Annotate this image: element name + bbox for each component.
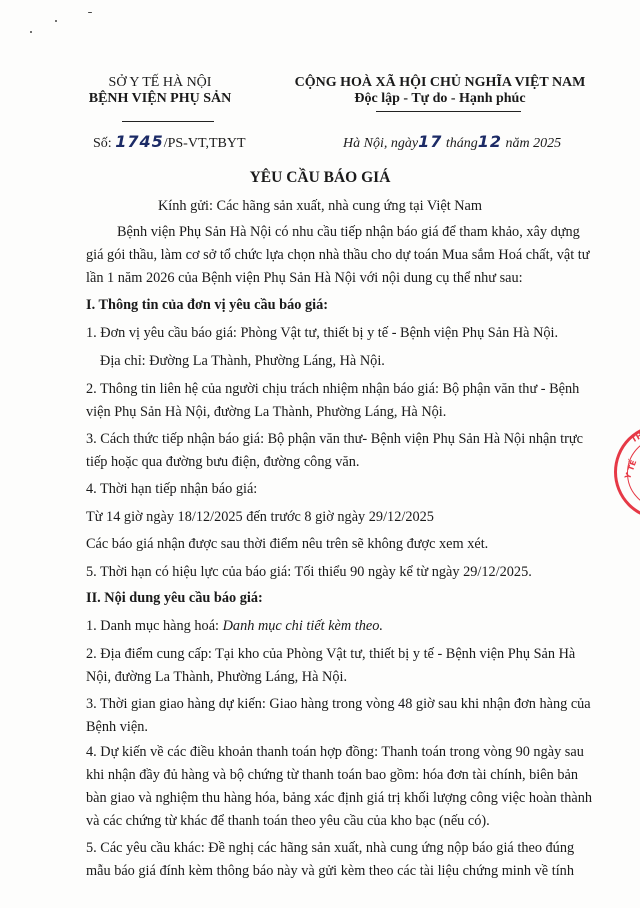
handwritten-month: 12 <box>478 132 502 151</box>
goods-list-reference: Danh mục chi tiết kèm theo. <box>223 618 383 634</box>
motto-underline <box>376 111 521 112</box>
issuer-underline <box>122 121 214 122</box>
section-2-item-3: 3. Thời gian giao hàng dự kiến: Giao hàn… <box>86 695 591 713</box>
section-2-item-4: 4. Dự kiến về các điều khoản thanh toán … <box>86 743 584 761</box>
official-stamp: Y TẾ TH <box>614 424 640 520</box>
section-1-item-5: 5. Thời hạn có hiệu lực của báo giá: Tối… <box>86 563 532 581</box>
handwritten-day: 17 <box>418 132 442 151</box>
section-2-item-5-cont: mẫu báo giá đính kèm thông báo này và gử… <box>86 862 574 880</box>
section-1-item-3: 3. Cách thức tiếp nhận báo giá: Bộ phận … <box>86 430 583 448</box>
section-2-item-3-cont: Bệnh viện. <box>86 718 148 736</box>
section-2-heading: II. Nội dung yêu cầu báo giá: <box>86 589 263 607</box>
stamp-text-top: TH <box>630 431 640 445</box>
scan-speck <box>30 31 32 33</box>
section-1-item-2-cont: viện Phụ Sản Hà Nội, đường La Thành, Phư… <box>86 403 446 421</box>
issuer-hospital: BỆNH VIỆN PHỤ SẢN <box>85 91 235 107</box>
addressee: Kính gửi: Các hãng sản xuất, nhà cung ứn… <box>0 197 640 215</box>
handwritten-number: 1745 <box>115 132 164 151</box>
section-1-item-4-period: Từ 14 giờ ngày 18/12/2025 đến trước 8 gi… <box>86 508 434 526</box>
national-motto: Độc lập - Tự do - Hạnh phúc <box>290 91 590 107</box>
section-1-item-1: 1. Đơn vị yêu cầu báo giá: Phòng Vật tư,… <box>86 324 558 342</box>
section-2-item-4-cont: khi nhận đầy đủ hàng và bộ chứng từ than… <box>86 766 578 784</box>
intro-line: giá gói thầu, làm cơ sở tổ chức lựa chọn… <box>86 246 589 264</box>
section-2-item-1: 1. Danh mục hàng hoá: Danh mục chi tiết … <box>86 617 383 635</box>
document-page: SỞ Y TẾ HÀ NỘI BỆNH VIỆN PHỤ SẢN Số: 174… <box>0 0 640 908</box>
section-1-item-2: 2. Thông tin liên hệ của người chịu trác… <box>86 380 579 398</box>
scan-speck <box>88 12 92 13</box>
document-title: YÊU CẦU BÁO GIÁ <box>0 169 640 187</box>
issuer-department: SỞ Y TẾ HÀ NỘI <box>85 75 235 91</box>
section-2-item-5: 5. Các yêu cầu khác: Đề nghị các hãng sả… <box>86 839 574 857</box>
intro-line: Bệnh viện Phụ Sản Hà Nội có nhu cầu tiếp… <box>117 223 580 241</box>
section-1-item-4-note: Các báo giá nhận được sau thời điểm nêu … <box>86 535 488 553</box>
national-title: CỘNG HOÀ XÃ HỘI CHỦ NGHĨA VIỆT NAM <box>290 75 590 91</box>
section-2-item-4-cont: bàn giao và nghiệm thu hàng hóa, bảng xá… <box>86 789 592 807</box>
section-1-item-4: 4. Thời hạn tiếp nhận báo giá: <box>86 480 257 498</box>
section-1-heading: I. Thông tin của đơn vị yêu cầu báo giá: <box>86 296 328 314</box>
section-2-item-2-cont: Nội, đường La Thành, Phường Láng, Hà Nội… <box>86 668 347 686</box>
section-2-item-2: 2. Địa điểm cung cấp: Tại kho của Phòng … <box>86 645 575 663</box>
section-1-item-3-cont: tiếp hoặc qua đường bưu điện, đường công… <box>86 453 359 471</box>
section-2-item-4-cont: và các chứng từ khác để thanh toán theo … <box>86 812 490 830</box>
intro-line: lần 1 năm 2026 của Bệnh viện Phụ Sản Hà … <box>86 269 523 287</box>
document-date: Hà Nội, ngày17 tháng12 năm 2025 <box>343 134 561 152</box>
document-number: Số: 1745/PS-VT,TBYT <box>93 134 246 152</box>
section-1-address: Địa chỉ: Đường La Thành, Phường Láng, Hà… <box>100 352 385 370</box>
scan-speck <box>55 20 57 22</box>
